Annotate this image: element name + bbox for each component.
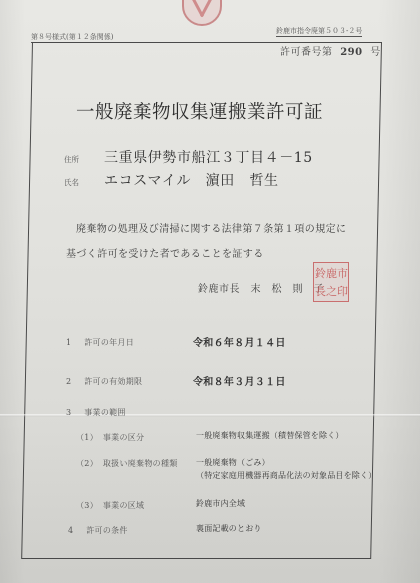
top-binding-stamp xyxy=(182,0,222,26)
permit-conditions-value: 裏面記載のとおり xyxy=(196,523,262,534)
permit-number-label: 許可番号第 xyxy=(280,47,333,58)
business-category-value: 一般廃棄物収集運搬（積替保管を除く） xyxy=(196,430,344,441)
seal-char: 之 xyxy=(326,286,337,297)
item-label: 事業の範囲 xyxy=(84,408,126,417)
scope-number: （2） xyxy=(76,459,98,468)
scope-1-row: （1） 事業の区分 xyxy=(76,432,144,443)
scope-3-row: （3） 事業の区域 xyxy=(76,500,144,511)
item-label: 許可の有効期限 xyxy=(84,377,142,386)
scope-2-row: （2） 取扱い廃棄物の種類 xyxy=(76,458,178,469)
permit-date-value: 令和６年８月１４日 xyxy=(193,334,286,349)
scope-label: 取扱い廃棄物の種類 xyxy=(103,459,178,468)
seal-char: 鈴 xyxy=(315,268,326,279)
paper-fold-line xyxy=(0,414,420,417)
issuer-name: 鈴鹿市長 末 松 則 子 xyxy=(198,280,324,295)
seal-char: 印 xyxy=(337,286,348,297)
certification-line-2: 基づく許可を受けた者であることを証する xyxy=(66,245,264,260)
waste-type-value: 一般廃棄物（ごみ） xyxy=(196,457,270,468)
seal-char: 長 xyxy=(315,286,326,297)
certification-line-1: 廃棄物の処理及び清掃に関する法律第７条第１項の規定に xyxy=(76,220,346,235)
item-3-row: 3 事業の範囲 xyxy=(66,407,126,418)
scope-label: 事業の区域 xyxy=(103,501,145,510)
item-label: 許可の年月日 xyxy=(84,338,134,347)
scope-number: （1） xyxy=(76,433,98,442)
mayor-seal: 鈴 鹿 市 長 之 印 xyxy=(313,262,349,302)
permit-number-line: 許可番号第 290 号 xyxy=(280,43,381,58)
document-title: 一般廃棄物収集運搬業許可証 xyxy=(76,98,323,124)
document-paper: 第８号様式(第１２条関係) 鈴鹿市指令廃第５０３-２号 許可番号第 290 号 … xyxy=(0,0,420,583)
business-area-value: 鈴鹿市内全域 xyxy=(196,498,245,509)
scope-number: （3） xyxy=(76,501,98,510)
ordinance-reference: 鈴鹿市指令廃第５０３-２号 xyxy=(276,26,362,37)
address-label: 住所 xyxy=(64,154,79,165)
item-number: 2 xyxy=(66,377,71,386)
item-number: 1 xyxy=(66,338,71,347)
item-number: 3 xyxy=(66,408,71,417)
seal-char: 市 xyxy=(337,268,348,279)
permit-number: 290 xyxy=(340,47,362,58)
item-4-row: 4 許可の条件 xyxy=(68,525,128,536)
permit-number-suffix: 号 xyxy=(370,47,381,58)
expiry-date-value: 令和８年３月３１日 xyxy=(193,373,286,388)
name-label: 氏名 xyxy=(64,177,79,188)
name-value: エコスマイル 濵田 哲生 xyxy=(104,170,279,190)
item-1-row: 1 許可の年月日 xyxy=(66,337,134,348)
address-value: 三重県伊勢市船江３丁目４－15 xyxy=(104,147,313,167)
item-number: 4 xyxy=(68,526,73,535)
waste-type-exclusion: （特定家庭用機器再商品化法の対象品目を除く） xyxy=(196,470,376,481)
item-2-row: 2 許可の有効期限 xyxy=(66,376,142,387)
seal-char: 鹿 xyxy=(326,268,337,279)
scope-label: 事業の区分 xyxy=(103,433,145,442)
item-label: 許可の条件 xyxy=(86,526,128,535)
